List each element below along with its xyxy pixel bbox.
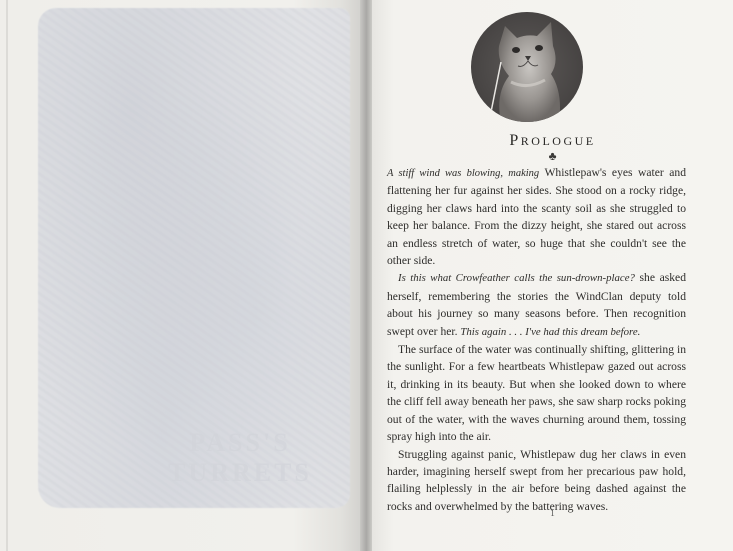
- paragraph-text: Whistlepaw's eyes water and flattening h…: [387, 166, 686, 267]
- left-page: PASS'S TURRETS: [0, 0, 366, 551]
- paragraph-2: Is this what Crowfeather calls the sun-d…: [387, 269, 686, 341]
- chapter-title-initial: P: [509, 132, 520, 149]
- chapter-body: A stiff wind was blowing, making Whistle…: [387, 164, 686, 515]
- cat-portrait: [471, 12, 583, 122]
- page-edge: [6, 0, 8, 551]
- opening-lead-in: A stiff wind was blowing, making: [387, 168, 539, 179]
- italic-thought: This again . . . I've had this dream bef…: [460, 326, 640, 338]
- paragraph-3: The surface of the water was continually…: [387, 341, 686, 445]
- illustration-faint-text: PASS'S TURRETS: [150, 428, 330, 488]
- chapter-title-rest: ROLOGUE: [521, 134, 596, 148]
- italic-thought: Is this what Crowfeather calls the sun-d…: [398, 272, 635, 284]
- right-page: PROLOGUE ♣ A stiff wind was blowing, mak…: [372, 0, 733, 551]
- page-number: 1: [372, 508, 733, 518]
- club-ornament-icon: ♣: [372, 149, 733, 164]
- cat-image-icon: [471, 12, 583, 122]
- paragraph-1: A stiff wind was blowing, making Whistle…: [387, 164, 686, 269]
- book-spread: PASS'S TURRETS: [0, 0, 733, 551]
- paragraph-4: Struggling against panic, Whistlepaw dug…: [387, 446, 686, 516]
- chapter-title: PROLOGUE: [372, 132, 733, 150]
